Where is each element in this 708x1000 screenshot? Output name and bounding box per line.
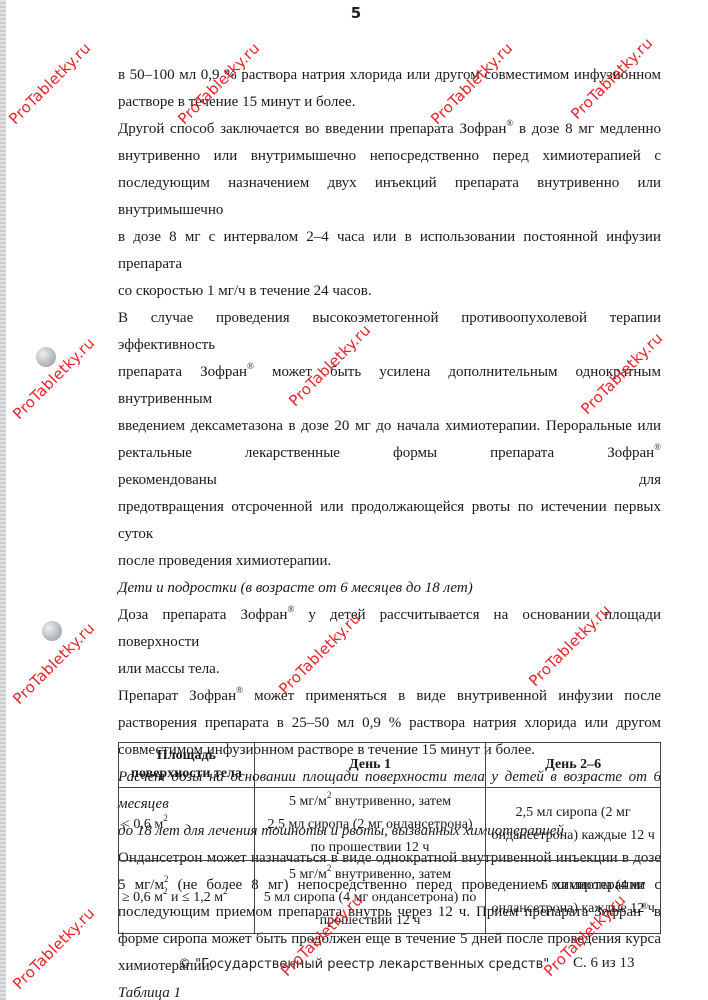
paragraph-line: растворения препарата в 25–50 мл 0,9 % р… — [118, 710, 661, 737]
cell-day1: 5 мг/м2 внутривенно, затем5 мл сиропа (4… — [254, 861, 485, 934]
cell-day2-6: 2,5 мл сиропа (2 мгондансетрона) каждые … — [486, 788, 661, 861]
paragraph-line: Препарат Зофран® может применяться в вид… — [118, 683, 661, 710]
watermark: ProTabletky.ru — [9, 904, 98, 993]
watermark: ProTabletky.ru — [5, 39, 94, 128]
table-row: < 0,6 м2 5 мг/м2 внутривенно, затем2,5 м… — [119, 788, 661, 861]
table-row: ≥ 0,6 м2 и ≤ 1,2 м2 5 мг/м2 внутривенно,… — [119, 861, 661, 934]
scan-edge-strip — [0, 0, 6, 1000]
cell-day1: 5 мг/м2 внутривенно, затем2,5 мл сиропа … — [254, 788, 485, 861]
paragraph-line: в дозе 8 мг с интервалом 2–4 часа или в … — [118, 224, 661, 278]
cell-bsa: < 0,6 м2 — [119, 788, 255, 861]
table-header-row: Площадьповерхности тела День 1 День 2–6 — [119, 743, 661, 788]
paragraph-line: после проведения химиотерапии. — [118, 548, 661, 575]
punch-hole-icon — [36, 347, 56, 367]
table-caption: Таблица 1 — [118, 980, 661, 1000]
paragraph-line: со скоростью 1 мг/ч в течение 24 часов. — [118, 278, 661, 305]
paragraph-line: введением дексаметазона в дозе 20 мг до … — [118, 413, 661, 440]
header-bsa: Площадьповерхности тела — [119, 743, 255, 788]
paragraph-line: ректальные лекарственные формы препарата… — [118, 440, 661, 494]
page-indicator: С. 6 из 13 — [573, 955, 634, 972]
header-day1: День 1 — [254, 743, 485, 788]
header-day2-6: День 2–6 — [486, 743, 661, 788]
paragraph-line: предотвращения отсроченной или продолжаю… — [118, 494, 661, 548]
page-number: 5 — [346, 4, 366, 22]
paragraph-line: последующим назначением двух инъекций пр… — [118, 170, 661, 224]
registered-mark: ® — [247, 361, 254, 371]
cell-bsa: ≥ 0,6 м2 и ≤ 1,2 м2 — [119, 861, 255, 934]
cell-day2-6: 5 мл сиропа (4 мгондансетрона) каждые 12… — [486, 861, 661, 934]
registered-mark: ® — [236, 685, 243, 695]
dosing-table: Площадьповерхности тела День 1 День 2–6 … — [118, 742, 661, 934]
paragraph-line: внутривенно или внутримышечно непосредст… — [118, 143, 661, 170]
paragraph-line: в 50–100 мл 0,9 % раствора натрия хлорид… — [118, 62, 661, 89]
watermark: ProTabletky.ru — [9, 334, 98, 423]
paragraph-line: или массы тела. — [118, 656, 661, 683]
registered-mark: ® — [654, 442, 661, 452]
footer-copyright: © "Государственный реестр лекарственных … — [178, 957, 549, 972]
section-heading-children: Дети и подростки (в возрасте от 6 месяце… — [118, 575, 661, 602]
punch-hole-icon — [42, 621, 62, 641]
paragraph-line: В случае проведения высокоэметогенной пр… — [118, 305, 661, 359]
